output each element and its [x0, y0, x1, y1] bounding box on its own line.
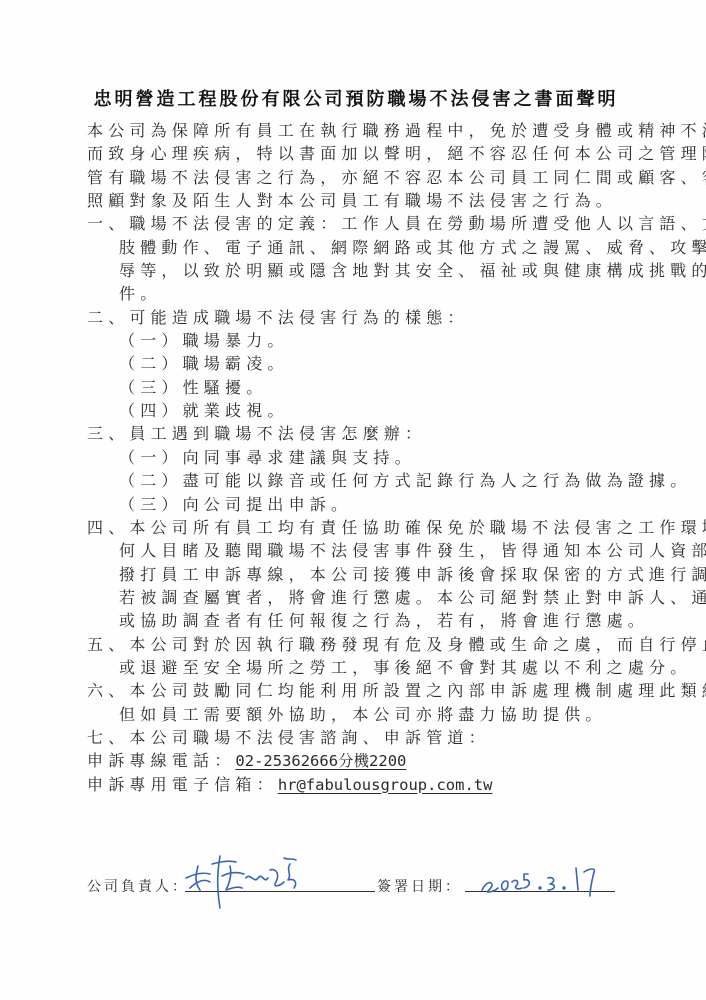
section-line: 件。	[87, 282, 627, 305]
section-line: 辱等，以致於明顯或隱含地對其安全、福祉或與健康構成挑戰的事	[87, 259, 627, 282]
section-channels: 七、本公司職場不法侵害諮詢、申訴管道： 申訴專線電話：02-25362666分機…	[87, 726, 627, 796]
list-item: （一）職場暴力。	[87, 329, 627, 352]
email-link[interactable]: hr@fabulousgroup.com.tw	[278, 776, 493, 794]
section-line: 若被調查屬實者，將會進行懲處。本公司絕對禁止對申訴人、通報者	[87, 586, 627, 609]
intro-line: 管有職場不法侵害之行為，亦絕不容忍本公司員工同仁間或顧客、客戶、	[87, 166, 627, 189]
section-heading: 一、職場不法侵害的定義：工作人員在勞動場所遭受他人以言語、文字、	[87, 212, 627, 235]
section-heading: 七、本公司職場不法侵害諮詢、申訴管道：	[87, 726, 627, 749]
section-line: 何人目睹及聽聞職場不法侵害事件發生，皆得通知本公司人資部門或	[87, 539, 627, 562]
document-title: 忠明營造工程股份有限公司預防職場不法侵害之書面聲明	[0, 88, 706, 112]
intro-line: 照顧對象及陌生人對本公司員工有職場不法侵害之行為。	[87, 189, 627, 212]
section-definition: 一、職場不法侵害的定義：工作人員在勞動場所遭受他人以言語、文字、 肢體動作、電子…	[87, 212, 627, 305]
section-line: 肢體動作、電子通訊、網際網路或其他方式之謾罵、威脅、攻擊或侮	[87, 236, 627, 259]
section-heading: 三、員工遇到職場不法侵害怎麼辦：	[87, 422, 627, 445]
phone-label: 申訴專線電話：	[87, 751, 235, 770]
list-item: （二）職場霸凌。	[87, 352, 627, 375]
email-label: 申訴專用電子信箱：	[87, 775, 278, 794]
section-types: 二、可能造成職場不法侵害行為的樣態： （一）職場暴力。 （二）職場霸凌。 （三）…	[87, 306, 627, 423]
intro-line: 而致身心理疾病，特以書面加以聲明，絕不容忍任何本公司之管理階層主	[87, 142, 627, 165]
email-row: 申訴專用電子信箱：hr@fabulousgroup.com.tw	[87, 773, 627, 796]
intro-line: 本公司為保障所有員工在執行職務過程中，免於遭受身體或精神不法侵害	[87, 119, 627, 142]
responsible-label: 公司負責人：	[87, 876, 189, 896]
section-stop-work: 五、本公司對於因執行職務發現有危及身體或生命之虞，而自行停止作業 或退避至安全場…	[87, 633, 627, 680]
section-heading: 五、本公司對於因執行職務發現有危及身體或生命之虞，而自行停止作業	[87, 633, 627, 656]
date-line	[465, 891, 615, 892]
section-responsibility: 四、本公司所有員工均有責任協助確保免於職場不法侵害之工作環境，任 何人目睹及聽聞…	[87, 516, 627, 633]
signature-row: 公司負責人： 簽署日期：	[87, 872, 627, 902]
signature-line	[185, 891, 375, 892]
section-line: 或協助調查者有任何報復之行為，若有，將會進行懲處。	[87, 609, 627, 632]
section-line: 或退避至安全場所之勞工，事後絕不會對其處以不利之處分。	[87, 656, 627, 679]
section-heading: 二、可能造成職場不法侵害行為的樣態：	[87, 306, 627, 329]
document-body: 本公司為保障所有員工在執行職務過程中，免於遭受身體或精神不法侵害 而致身心理疾病…	[87, 119, 627, 796]
date-label: 簽署日期：	[377, 876, 462, 896]
phone-link[interactable]: 02-25362666分機2200	[235, 752, 406, 770]
section-heading: 四、本公司所有員工均有責任協助確保免於職場不法侵害之工作環境，任	[87, 516, 627, 539]
intro-paragraph: 本公司為保障所有員工在執行職務過程中，免於遭受身體或精神不法侵害 而致身心理疾病…	[87, 119, 627, 212]
section-what-to-do: 三、員工遇到職場不法侵害怎麼辦： （一）向同事尋求建議與支持。 （二）盡可能以錄…	[87, 422, 627, 515]
section-internal-complaint: 六、本公司鼓勵同仁均能利用所設置之內部申訴處理機制處理此類糾紛， 但如員工需要額…	[87, 679, 627, 726]
list-item: （三）向公司提出申訴。	[87, 493, 627, 516]
list-item: （一）向同事尋求建議與支持。	[87, 446, 627, 469]
section-line: 但如員工需要額外協助，本公司亦將盡力協助提供。	[87, 703, 627, 726]
document-page: 忠明營造工程股份有限公司預防職場不法侵害之書面聲明 本公司為保障所有員工在執行職…	[0, 0, 706, 1000]
section-heading: 六、本公司鼓勵同仁均能利用所設置之內部申訴處理機制處理此類糾紛，	[87, 679, 627, 702]
phone-row: 申訴專線電話：02-25362666分機2200	[87, 749, 627, 772]
list-item: （四）就業歧視。	[87, 399, 627, 422]
list-item: （二）盡可能以錄音或任何方式記錄行為人之行為做為證據。	[87, 469, 627, 492]
list-item: （三）性騷擾。	[87, 376, 627, 399]
section-line: 撥打員工申訴專線，本公司接獲申訴後會採取保密的方式進行調查，	[87, 563, 627, 586]
